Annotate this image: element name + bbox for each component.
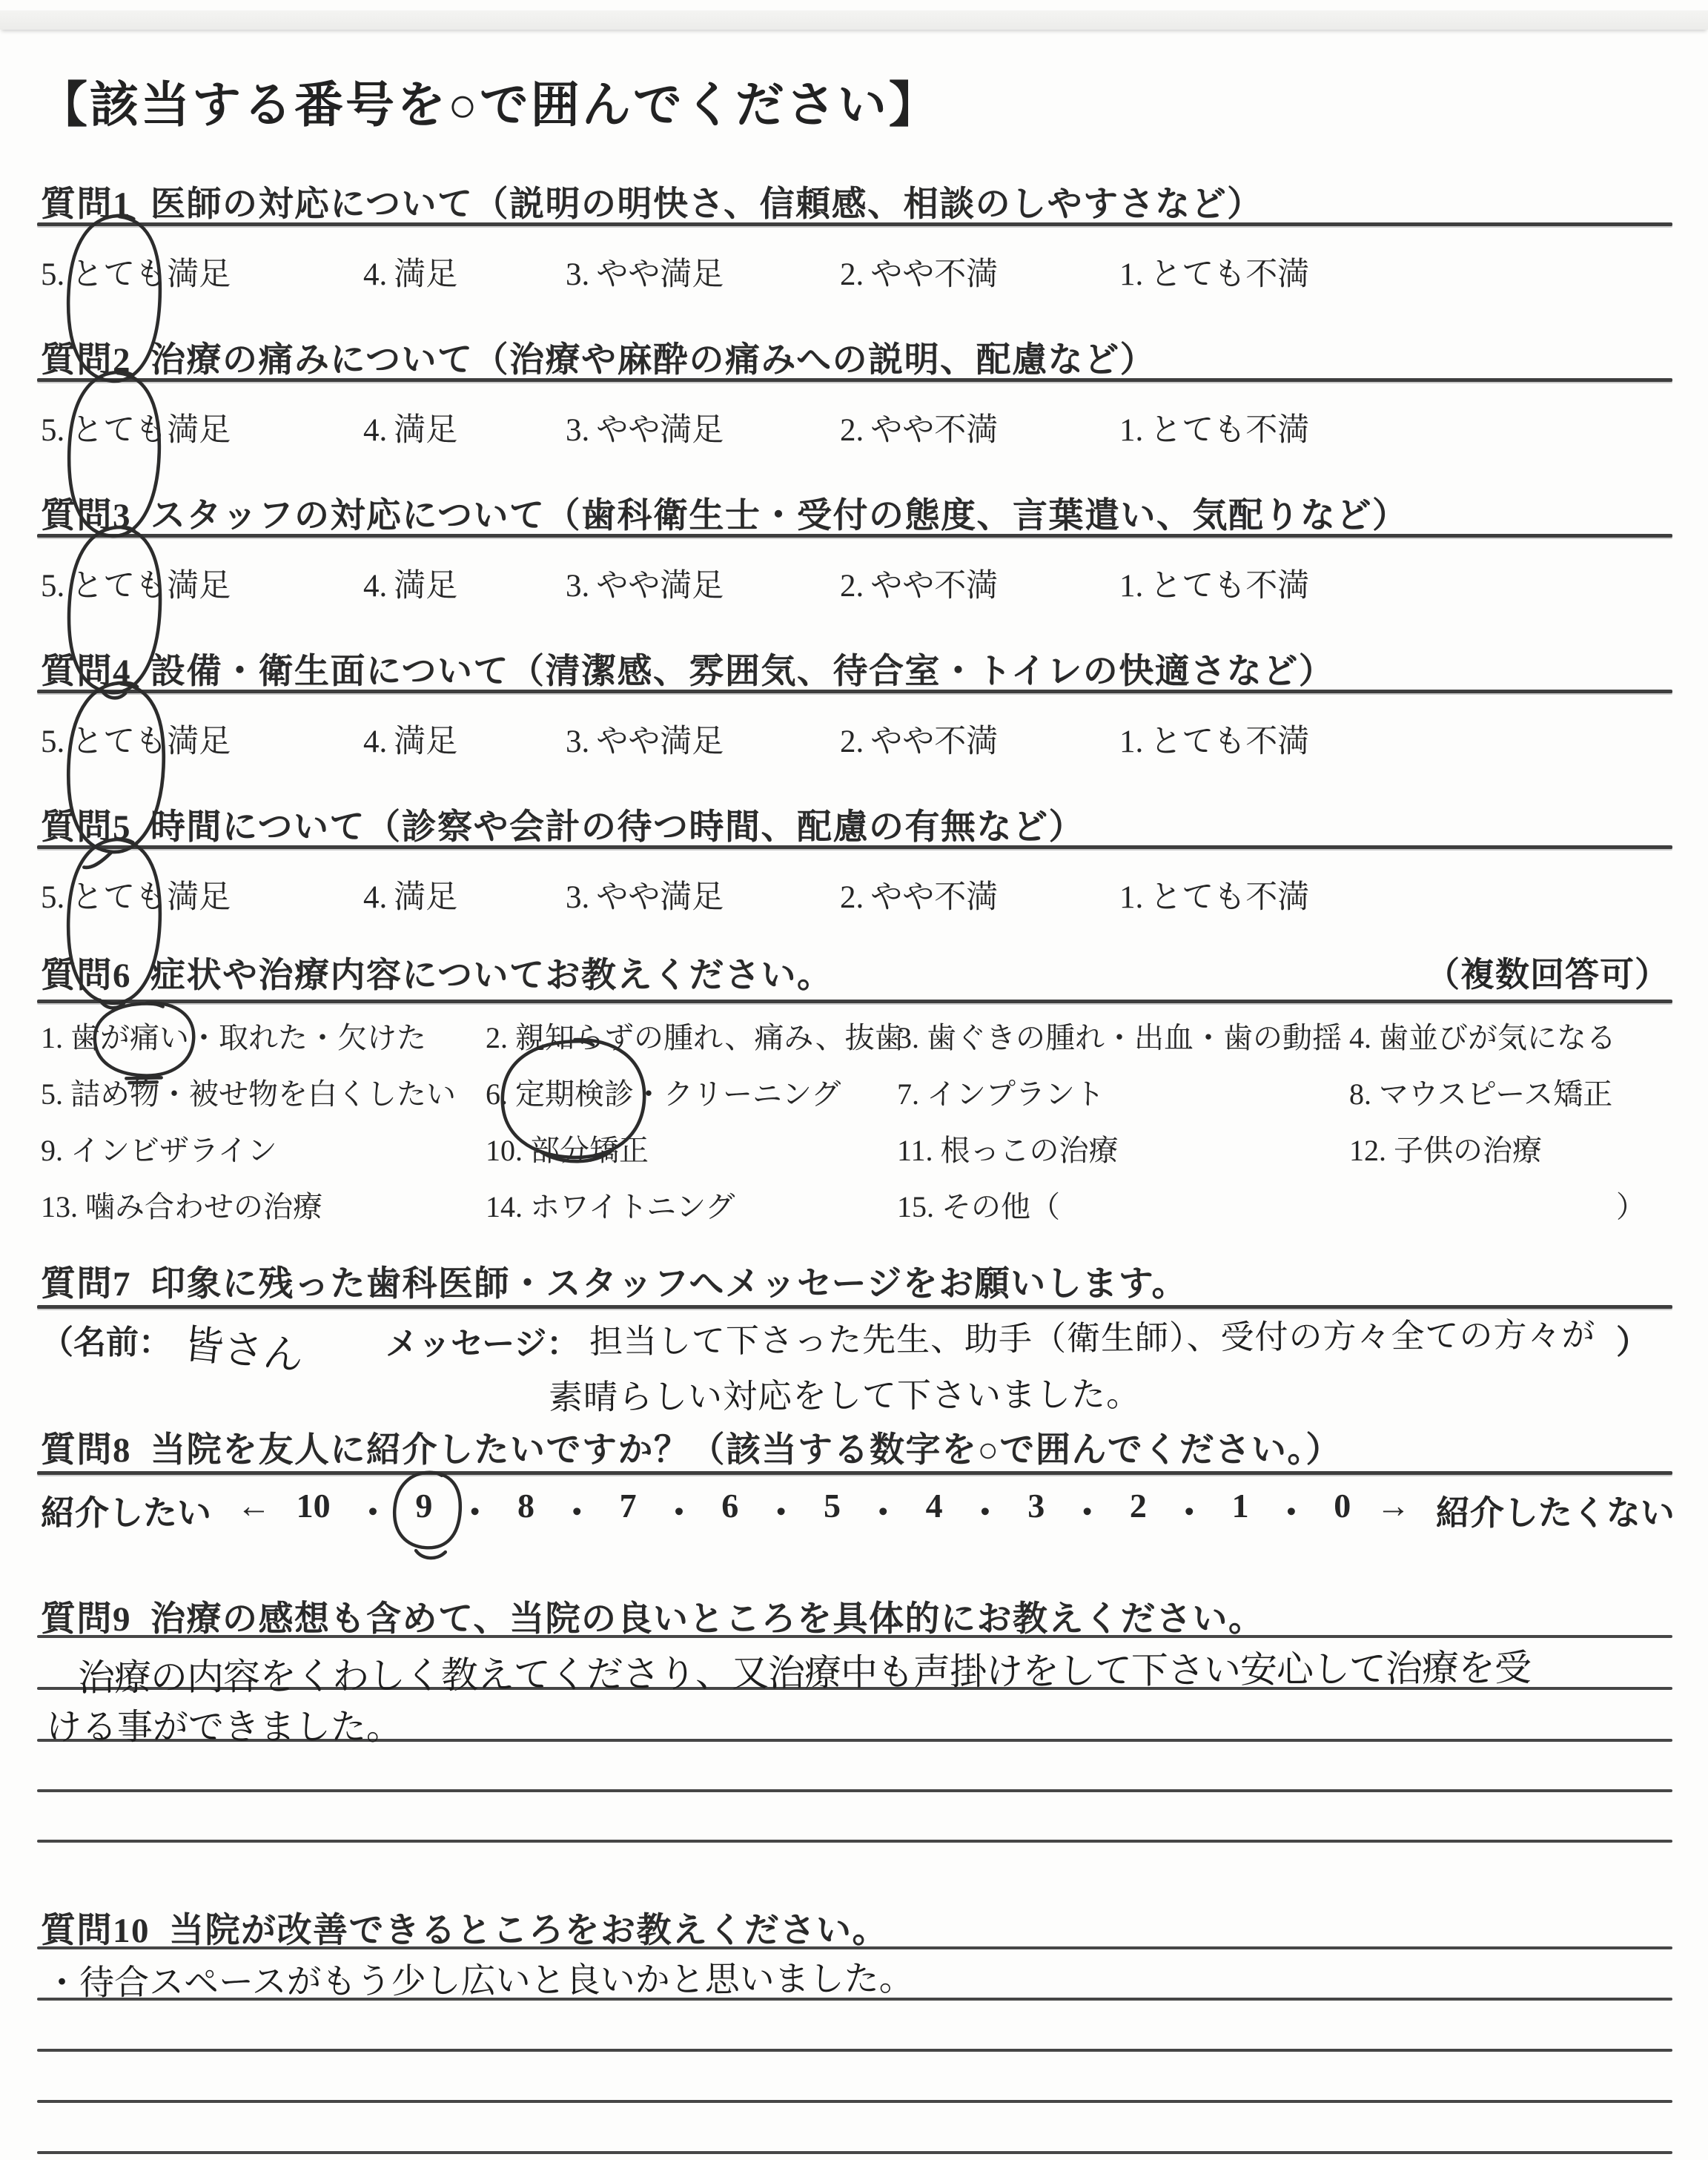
- option-label: 満足: [394, 724, 457, 759]
- option-label: 満足: [167, 724, 231, 759]
- question-1-label: 質問1: [41, 185, 131, 224]
- handwritten-answer-line1: 治療の内容をくわしく教えてくださり、又治療中も声掛けをして下さい安心して治療を受: [78, 1638, 1531, 1702]
- option-label-circled: とても: [71, 413, 167, 448]
- item-text: 子供の治療: [1394, 1134, 1542, 1167]
- scale-dot: ・: [764, 1486, 798, 1535]
- option-label: とても不満: [1150, 257, 1309, 292]
- item-text: 歯: [70, 1021, 100, 1054]
- question-block-8: 質問8当院を友人に紹介したいですか？（該当する数字を○で囲んでください。） 紹介…: [0, 1422, 1708, 1571]
- rating-option-4: 4.満足: [363, 561, 457, 606]
- question-2-title: 治療の痛みについて（治療や麻酔の痛みへの説明、配慮など）: [150, 341, 1156, 380]
- item-number: 14.: [486, 1190, 523, 1223]
- scale-number-5: 5: [824, 1486, 841, 1525]
- scale-number-6: 6: [721, 1486, 738, 1525]
- scale-dot: ・: [356, 1486, 390, 1535]
- option-number: 2.: [840, 724, 864, 759]
- circled-choice: とても: [71, 716, 167, 762]
- rating-option-3: 3.やや満足: [566, 249, 724, 294]
- option-label: 満足: [167, 257, 231, 292]
- scale-dot: ・: [866, 1486, 900, 1535]
- heading-rule: [37, 222, 1672, 226]
- item-number: 2.: [486, 1021, 508, 1054]
- question-10-title: 当院が改善できるところをお教えください。: [169, 1912, 888, 1950]
- option-label: やや満足: [596, 880, 724, 915]
- scale-right-label: 紹介したくない: [1436, 1486, 1675, 1535]
- scale-dot: ・: [560, 1486, 594, 1535]
- rating-option-5: 5.とても満足: [41, 561, 231, 606]
- handwritten-answer-line2: ける事ができました。: [46, 1698, 402, 1749]
- option-label: やや満足: [596, 569, 724, 604]
- option-label: 満足: [394, 880, 457, 915]
- symptom-item-14: 14. ホワイトニング: [486, 1183, 735, 1226]
- question-3-heading: 質問3スタッフの対応について（歯科衛生士・受付の態度、言葉遣い、気配りなど）: [41, 488, 1409, 538]
- question-1-title: 医師の対応について（説明の明快さ、信頼感、相談のしやすさなど）: [150, 185, 1263, 224]
- circled-choice: 定期検診: [515, 1071, 634, 1113]
- question-7-title: 印象に残った歯科医師・スタッフへメッセージをお願いします。: [150, 1265, 1188, 1304]
- option-label: やや不満: [870, 257, 998, 292]
- symptom-item-2: 2. 親知らずの腫れ、痛み、抜歯: [486, 1014, 904, 1057]
- item-number: 12.: [1349, 1134, 1386, 1167]
- option-label: やや満足: [596, 257, 724, 292]
- right-arrow-icon: →: [1377, 1486, 1411, 1525]
- question-4-label: 質問4: [41, 653, 131, 691]
- scale-number-9: 9: [415, 1487, 432, 1525]
- heading-rule: [37, 378, 1672, 382]
- item-number: 11.: [897, 1134, 933, 1167]
- item-number: 3.: [897, 1021, 919, 1054]
- question-10-label: 質問10: [41, 1912, 150, 1950]
- question-5-heading: 質問5時間について（診察や会計の待つ時間、配慮の有無など）: [41, 799, 1085, 849]
- symptom-item-4: 4. 歯並びが気になる: [1349, 1014, 1616, 1057]
- item-text: 親知らずの腫れ、痛み、抜歯: [515, 1021, 904, 1054]
- rating-option-2: 2.やや不満: [840, 872, 998, 917]
- rating-option-4: 4.満足: [363, 716, 457, 762]
- option-number: 5.: [41, 569, 64, 604]
- option-number: 1.: [1119, 413, 1143, 448]
- question-4-title: 設備・衛生面について（清潔感、雰囲気、待合室・トイレの快適さなど）: [150, 653, 1334, 691]
- question-2-options: 5.とても満足 4.満足 3.やや満足 2.やや不満 1.とても不満: [41, 405, 1675, 449]
- rating-option-4: 4.満足: [363, 249, 457, 294]
- heading-rule: [37, 690, 1672, 693]
- scale-number-3: 3: [1027, 1486, 1045, 1525]
- scale-dot: ・: [1172, 1486, 1206, 1535]
- option-label-circled: とても: [71, 880, 167, 915]
- question-8-title: 当院を友人に紹介したいですか？（該当する数字を○で囲んでください。）: [150, 1431, 1342, 1470]
- item-number: 13.: [41, 1190, 78, 1223]
- option-label: やや不満: [870, 724, 998, 759]
- circled-choice: とても: [71, 561, 167, 606]
- question-block-4: 質問4設備・衛生面について（清潔感、雰囲気、待合室・トイレの快適さなど） 5.と…: [0, 644, 1708, 799]
- survey-scan-page: 【該当する番号を○で囲んでください】 質問1医師の対応について（説明の明快さ、信…: [0, 0, 1708, 2160]
- option-number: 5.: [41, 880, 64, 915]
- item-number: 7.: [897, 1077, 919, 1111]
- symptom-item-5: 5. 詰め物・被せ物を白くしたい: [41, 1071, 456, 1113]
- option-number: 4.: [363, 880, 387, 915]
- scale-dot: ・: [458, 1486, 492, 1535]
- option-label: 満足: [394, 569, 457, 604]
- item-text: 歯並びが気になる: [1379, 1021, 1616, 1054]
- rating-option-3: 3.やや満足: [566, 561, 724, 606]
- circled-choice: とても: [71, 872, 167, 917]
- option-number: 2.: [840, 413, 864, 448]
- question-4-options: 5.とても満足 4.満足 3.やや満足 2.やや不満 1.とても不満: [41, 716, 1675, 761]
- circled-choice: とても: [71, 405, 167, 450]
- option-label: 満足: [394, 413, 457, 448]
- scale-dot: ・: [1070, 1486, 1105, 1535]
- option-label: やや不満: [870, 413, 998, 448]
- option-label: とても不満: [1150, 413, 1309, 448]
- question-9-heading: 質問9治療の感想も含めて、当院の良いところを具体的にお教えください。: [41, 1591, 1265, 1641]
- scale-number-1: 1: [1232, 1486, 1249, 1525]
- handwritten-message-line1: 担当して下さった先生、助手（衛生師）、受付の方々全ての方々が: [589, 1307, 1596, 1362]
- option-number: 1.: [1119, 569, 1143, 604]
- rating-option-1: 1.とても不満: [1119, 405, 1309, 450]
- scale-dot: ・: [662, 1486, 696, 1535]
- question-3-title: スタッフの対応について（歯科衛生士・受付の態度、言葉遣い、気配りなど）: [150, 497, 1409, 535]
- scanner-edge-band: [0, 10, 1708, 30]
- symptom-item-9: 9. インビザライン: [41, 1127, 277, 1169]
- option-number: 2.: [840, 569, 864, 604]
- symptom-item-3: 3. 歯ぐきの腫れ・出血・歯の動揺: [897, 1014, 1342, 1057]
- question-7-label: 質問7: [41, 1265, 131, 1304]
- rating-option-4: 4.満足: [363, 872, 457, 917]
- option-number: 5.: [41, 257, 64, 292]
- item-text: 詰め物・被せ物を白くしたい: [70, 1077, 456, 1111]
- question-block-2: 質問2治療の痛みについて（治療や麻酔の痛みへの説明、配慮など） 5.とても満足 …: [0, 332, 1708, 488]
- option-number: 4.: [363, 257, 387, 292]
- item-text: 部分矯正: [530, 1134, 649, 1167]
- handwritten-message-line2: 素晴らしい対応をして下さいました。: [549, 1367, 1141, 1419]
- scale-dot: ・: [1274, 1486, 1308, 1535]
- heading-rule: [37, 1000, 1672, 1003]
- scale-number-9-circled: 9: [415, 1486, 432, 1525]
- question-block-3: 質問3スタッフの対応について（歯科衛生士・受付の態度、言葉遣い、気配りなど） 5…: [0, 488, 1708, 644]
- symptom-item-15: 15. その他（: [897, 1183, 1060, 1226]
- option-number: 3.: [566, 724, 589, 759]
- rating-option-4: 4.満足: [363, 405, 457, 450]
- heading-rule: [37, 845, 1672, 849]
- scale-dot: ・: [968, 1486, 1002, 1535]
- option-label-circled: とても: [71, 257, 167, 292]
- question-3-options: 5.とても満足 4.満足 3.やや満足 2.やや不満 1.とても不満: [41, 561, 1675, 605]
- option-label: 満足: [167, 413, 231, 448]
- question-6-label: 質問6: [41, 957, 131, 995]
- item-text: マウスピース矯正: [1379, 1077, 1612, 1111]
- question-block-9: 質問9治療の感想も含めて、当院の良いところを具体的にお教えください。 治療の内容…: [0, 1591, 1708, 1858]
- question-9-title: 治療の感想も含めて、当院の良いところを具体的にお教えください。: [150, 1600, 1265, 1639]
- handwritten-name: 皆さん: [181, 1312, 306, 1382]
- answer-rule: [37, 1840, 1672, 1843]
- heading-rule: [37, 1471, 1672, 1475]
- option-label: 満足: [167, 880, 231, 915]
- nps-scale: 紹介したい ← 10 ・ 9 ・ 8 ・ 7 ・ 6 ・ 5 ・ 4 ・ 3 ・…: [41, 1486, 1675, 1535]
- scale-number-8: 8: [517, 1486, 534, 1525]
- scale-left-label: 紹介したい: [41, 1486, 211, 1535]
- scale-number-4: 4: [926, 1486, 943, 1525]
- option-label: 満足: [167, 569, 231, 604]
- question-block-10: 質問10当院が改善できるところをお教えください。 ・待合スペースがもう少し広いと…: [0, 1903, 1708, 2160]
- answer-rule: [37, 2100, 1672, 2103]
- question-block-7: 質問7印象に残った歯科医師・スタッフへメッセージをお願いします。 （名前： 皆さ…: [0, 1256, 1708, 1427]
- symptom-item-10: 10. 部分矯正: [486, 1127, 649, 1169]
- rating-option-1: 1.とても不満: [1119, 716, 1309, 762]
- question-8-heading: 質問8当院を友人に紹介したいですか？（該当する数字を○で囲んでください。）: [41, 1422, 1342, 1472]
- rating-option-3: 3.やや満足: [566, 405, 724, 450]
- question-1-heading: 質問1医師の対応について（説明の明快さ、信頼感、相談のしやすさなど）: [41, 176, 1263, 226]
- item-number: 4.: [1349, 1021, 1371, 1054]
- item-text-circled: が痛い: [100, 1021, 189, 1054]
- item-text: 歯ぐきの腫れ・出血・歯の動揺: [927, 1021, 1342, 1054]
- option-number: 5.: [41, 724, 64, 759]
- item-number: 9.: [41, 1134, 63, 1167]
- answer-rule: [37, 1635, 1672, 1638]
- question-7-heading: 質問7印象に残った歯科医師・スタッフへメッセージをお願いします。: [41, 1256, 1188, 1306]
- question-6-title: 症状や治療内容についてお教えください。: [150, 957, 833, 995]
- rating-option-1: 1.とても不満: [1119, 561, 1309, 606]
- option-label-circled: とても: [71, 724, 167, 759]
- item-text: ・クリーニング: [634, 1077, 841, 1111]
- option-number: 3.: [566, 880, 589, 915]
- option-label: やや不満: [870, 569, 998, 604]
- scale-number-10: 10: [297, 1486, 331, 1525]
- option-number: 3.: [566, 569, 589, 604]
- multiple-answers-note: （複数回答可）: [1426, 948, 1669, 997]
- circled-choice: とても: [71, 249, 167, 294]
- item-number: 5.: [41, 1077, 63, 1111]
- option-number: 3.: [566, 257, 589, 292]
- question-9-label: 質問9: [41, 1600, 131, 1639]
- question-block-6: 質問6症状や治療内容についてお教えください。 （複数回答可） 1. 歯が痛い・取…: [0, 943, 1708, 1240]
- scale-number-0: 0: [1334, 1486, 1351, 1525]
- symptom-item-8: 8. マウスピース矯正: [1349, 1071, 1612, 1113]
- option-number: 5.: [41, 413, 64, 448]
- option-number: 4.: [363, 569, 387, 604]
- option-label: やや満足: [596, 413, 724, 448]
- item-text: インプラント: [927, 1077, 1105, 1111]
- option-number: 1.: [1119, 724, 1143, 759]
- answer-rule: [37, 1789, 1672, 1792]
- rating-option-5: 5.とても満足: [41, 716, 231, 762]
- question-block-5: 質問5時間について（診察や会計の待つ時間、配慮の有無など） 5.とても満足 4.…: [0, 799, 1708, 955]
- rating-option-3: 3.やや満足: [566, 872, 724, 917]
- option-label-circled: とても: [71, 569, 167, 604]
- rating-option-2: 2.やや不満: [840, 716, 998, 762]
- rating-option-1: 1.とても不満: [1119, 872, 1309, 917]
- option-number: 4.: [363, 413, 387, 448]
- option-number: 4.: [363, 724, 387, 759]
- answer-rule: [37, 2049, 1672, 2052]
- option-number: 3.: [566, 413, 589, 448]
- question-3-label: 質問3: [41, 497, 131, 535]
- symptom-item-7: 7. インプラント: [897, 1071, 1105, 1113]
- item-text: インビザライン: [70, 1134, 277, 1167]
- question-2-label: 質問2: [41, 341, 131, 380]
- question-6-heading: 質問6症状や治療内容についてお教えください。: [41, 948, 833, 997]
- question-4-heading: 質問4設備・衛生面について（清潔感、雰囲気、待合室・トイレの快適さなど）: [41, 644, 1334, 693]
- message-close-paren: ）: [1616, 1315, 1649, 1363]
- item-number: 8.: [1349, 1077, 1371, 1111]
- symptom-item-13: 13. 噛み合わせの治療: [41, 1183, 322, 1226]
- left-arrow-icon: ←: [236, 1486, 271, 1525]
- option-label: とても不満: [1150, 724, 1309, 759]
- option-number: 1.: [1119, 880, 1143, 915]
- question-2-heading: 質問2治療の痛みについて（治療や麻酔の痛みへの説明、配慮など）: [41, 332, 1156, 382]
- rating-option-5: 5.とても満足: [41, 249, 231, 294]
- item-number: 10.: [486, 1134, 523, 1167]
- question-1-options: 5.とても満足 4.満足 3.やや満足 2.やや不満 1.とても不満: [41, 249, 1675, 294]
- option-label: やや満足: [596, 724, 724, 759]
- item-number: 6.: [486, 1077, 508, 1111]
- page-title: 【該当する番号を○で囲んでください】: [39, 65, 940, 136]
- option-label: とても不満: [1150, 880, 1309, 915]
- question-8-label: 質問8: [41, 1431, 131, 1470]
- question-block-1: 質問1医師の対応について（説明の明快さ、信頼感、相談のしやすさなど） 5.とても…: [0, 176, 1708, 332]
- scale-number-2: 2: [1130, 1486, 1147, 1525]
- item-text: ホワイトニング: [530, 1190, 735, 1223]
- question-5-options: 5.とても満足 4.満足 3.やや満足 2.やや不満 1.とても不満: [41, 872, 1675, 916]
- rating-option-3: 3.やや満足: [566, 716, 724, 762]
- rating-option-1: 1.とても不満: [1119, 249, 1309, 294]
- question-5-label: 質問5: [41, 808, 131, 847]
- name-field-label: （名前：: [41, 1315, 171, 1363]
- item-text: 噛み合わせの治療: [85, 1190, 322, 1223]
- item-number: 1.: [41, 1021, 63, 1054]
- scale-number-7: 7: [620, 1486, 637, 1525]
- option-number: 2.: [840, 880, 864, 915]
- item-number: 15.: [897, 1190, 934, 1223]
- rating-option-5: 5.とても満足: [41, 405, 231, 450]
- symptom-item-6: 6. 定期検診・クリーニング: [486, 1071, 841, 1113]
- option-label: やや不満: [870, 880, 998, 915]
- item-text: ・取れた・欠けた: [189, 1021, 426, 1054]
- question-5-title: 時間について（診察や会計の待つ時間、配慮の有無など）: [150, 808, 1085, 847]
- answer-rule: [37, 1946, 1672, 1949]
- item-text-circled: 定期検診: [515, 1077, 634, 1111]
- rating-option-2: 2.やや不満: [840, 249, 998, 294]
- rating-option-2: 2.やや不満: [840, 561, 998, 606]
- rating-option-5: 5.とても満足: [41, 872, 231, 917]
- option-label: 満足: [394, 257, 457, 292]
- message-field-label: メッセージ：: [385, 1317, 579, 1364]
- other-close-paren: ）: [1616, 1183, 1646, 1226]
- item-text: その他（: [941, 1190, 1060, 1223]
- rating-option-2: 2.やや不満: [840, 405, 998, 450]
- option-label: とても不満: [1150, 569, 1309, 604]
- option-number: 1.: [1119, 257, 1143, 292]
- handwritten-answer: ・待合スペースがもう少し広いと良いかと思いました。: [44, 1951, 914, 2005]
- answer-rule: [37, 2151, 1672, 2154]
- question-10-heading: 質問10当院が改善できるところをお教えください。: [41, 1903, 888, 1952]
- symptom-item-12: 12. 子供の治療: [1349, 1127, 1542, 1169]
- circled-choice: が痛い: [100, 1014, 189, 1057]
- symptom-item-11: 11. 根っこの治療: [897, 1127, 1119, 1169]
- item-text: 根っこの治療: [941, 1134, 1119, 1167]
- heading-rule: [37, 534, 1672, 538]
- symptom-item-1: 1. 歯が痛い・取れた・欠けた: [41, 1014, 426, 1057]
- option-number: 2.: [840, 257, 864, 292]
